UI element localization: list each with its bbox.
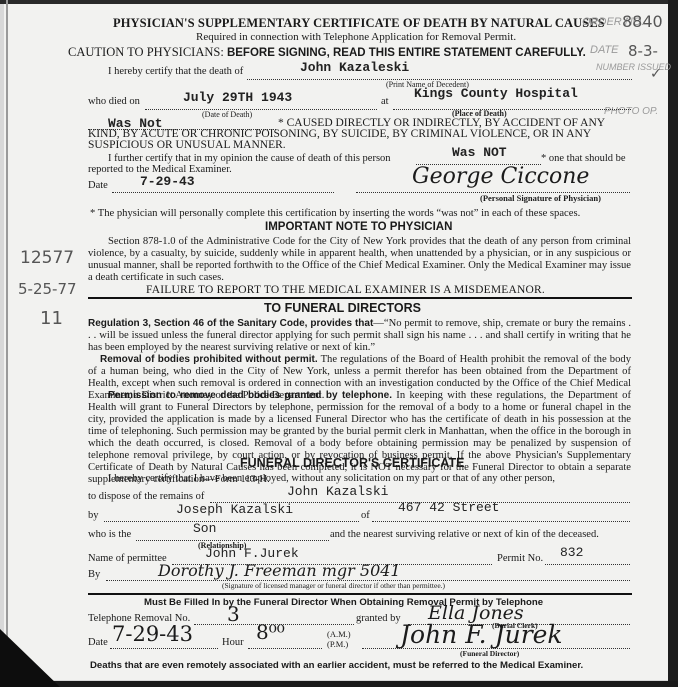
removal-no-field[interactable]: 3: [227, 602, 240, 626]
place-of-death-field[interactable]: Kings County Hospital: [414, 86, 578, 101]
relationship-field[interactable]: Son: [193, 521, 216, 536]
address-field[interactable]: 467 42 Street: [398, 500, 499, 515]
fd-certificate-heading: FUNERAL DIRECTOR'S CERTIFICATE: [240, 456, 465, 470]
date-stamp-value: 8-3-: [628, 42, 658, 60]
funeral-director-caption: (Funeral Director): [460, 649, 519, 658]
physician-signature[interactable]: George Ciccone: [412, 164, 589, 189]
am-label: (A.M.): [327, 629, 351, 639]
regulation-paragraph: Regulation 3, Section 46 of the Sanitary…: [88, 318, 631, 354]
scan-edge-top: [0, 0, 678, 4]
by2-label: By: [88, 569, 100, 580]
important-note-body: Section 878-1.0 of the Administrative Co…: [88, 236, 631, 284]
permit-no-label: Permit No.: [497, 553, 543, 564]
removal-date-field[interactable]: 7-29-43: [112, 622, 193, 646]
permittee-label: Name of permittee: [88, 553, 167, 564]
scan-edge-bottom: [0, 681, 678, 687]
footer-warning: Deaths that are even remotely associated…: [90, 660, 583, 671]
further-certify-text: I further certify that in my opinion the…: [108, 153, 391, 164]
caution-prefix: CAUTION TO PHYSICIANS:: [68, 45, 224, 59]
scan-edge-right: [668, 0, 678, 687]
decedent-name-field[interactable]: John Kazaleski: [300, 60, 409, 75]
caused-text-3: SUSPICIOUS OR UNUSUAL MANNER.: [88, 139, 286, 151]
funeral-directors-heading: TO FUNERAL DIRECTORS: [264, 301, 421, 315]
who-is-label: who is the: [88, 529, 131, 540]
of-label: of: [361, 510, 370, 521]
funeral-director-signature[interactable]: John F. Jurek: [400, 620, 563, 649]
physician-signature-caption: (Personal Signature of Physician): [480, 193, 601, 203]
scan-edge-left: [6, 0, 8, 687]
margin-note-1: 12577: [20, 248, 74, 268]
pm-label: (P.M.): [327, 639, 348, 649]
date-stamp-label: DATE: [590, 44, 619, 56]
date-of-death-field[interactable]: July 29TH 1943: [183, 90, 292, 105]
certify-label: I hereby certify that the death of: [108, 66, 243, 77]
section-divider: [88, 297, 632, 299]
hour-field[interactable]: 8⁰⁰: [256, 620, 285, 644]
manager-signature[interactable]: Dorothy J. Freeman mgr 5041: [158, 561, 401, 580]
caution-bold: BEFORE SIGNING, READ THIS ENTIRE STATEME…: [227, 47, 586, 59]
permittee-field[interactable]: John F.Jurek: [205, 546, 299, 561]
caution-line: CAUTION TO PHYSICIANS: BEFORE SIGNING, R…: [68, 45, 586, 60]
telephone-permission-paragraph: Permission to remove dead bodies granted…: [88, 390, 631, 486]
footnote: * The physician will personally complete…: [90, 208, 580, 219]
important-note-heading: IMPORTANT NOTE TO PHYSICIAN: [265, 221, 452, 233]
at-label: at: [381, 96, 389, 107]
was-not-field-2[interactable]: Was NOT: [452, 145, 507, 160]
granted-by-label: granted by: [356, 613, 401, 624]
by-label: by: [88, 510, 99, 521]
photo-op-label: PHOTO OP.: [604, 106, 658, 117]
margin-note-3: 11: [40, 308, 63, 329]
order-no-value: 8840: [622, 12, 663, 31]
dispose-label: to dispose of the remains of: [88, 491, 204, 502]
number-issued-check: ✓: [650, 66, 662, 82]
scan-corner-shadow: [0, 629, 60, 687]
date-of-death-caption: (Date of Death): [202, 110, 252, 119]
hour-label: Hour: [222, 637, 244, 648]
document-title: PHYSICIAN'S SUPPLEMENTARY CERTIFICATE OF…: [113, 16, 605, 31]
misdemeanor-warning: FAILURE TO REPORT TO THE MEDICAL EXAMINE…: [146, 284, 545, 296]
physician-date-field[interactable]: 7-29-43: [140, 174, 195, 189]
permit-no-field[interactable]: 832: [560, 545, 583, 560]
document-subtitle: Required in connection with Telephone Ap…: [196, 31, 516, 43]
died-on-label: who died on: [88, 96, 140, 107]
manager-signature-caption: (Signature of licensed manager or funera…: [222, 581, 445, 590]
fd-intro-text: I hereby certify that I have been employ…: [108, 473, 555, 484]
one-that-text: * one that should be: [541, 153, 626, 164]
telephone-divider: [88, 593, 632, 595]
removal-date-label: Date: [88, 637, 108, 648]
physician-date-label: Date: [88, 180, 108, 191]
employed-by-field[interactable]: Joseph Kazalski: [176, 502, 293, 517]
dispose-remains-field[interactable]: John Kazalski: [287, 484, 388, 499]
margin-note-2: 5-25-77: [18, 280, 77, 298]
nearest-relative-text: and the nearest surviving relative or ne…: [330, 529, 599, 540]
